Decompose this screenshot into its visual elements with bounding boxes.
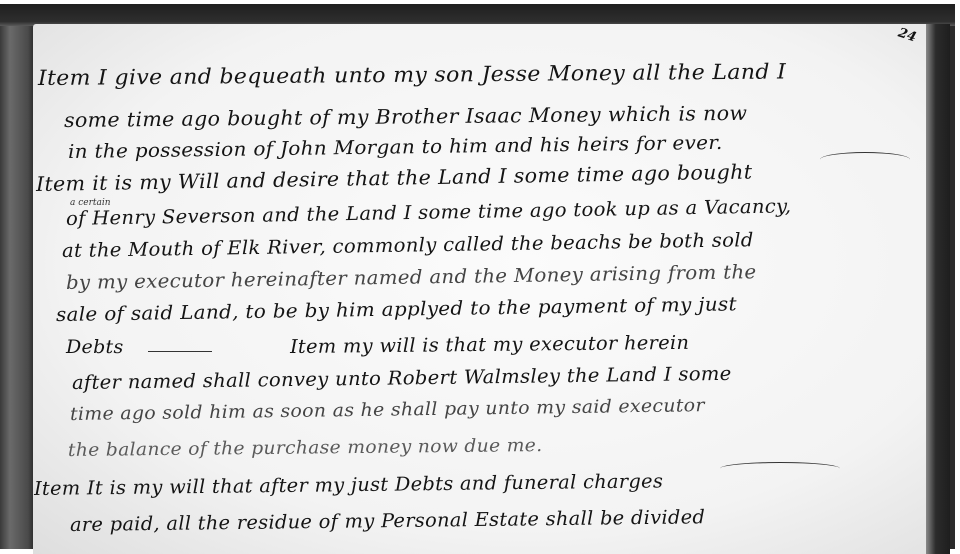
- line-end-flourish: [820, 152, 910, 167]
- manuscript-line-9-item: Item my will is that my executor herein: [290, 332, 689, 358]
- scan-top-border: [0, 4, 955, 26]
- scanned-document: 24 Item I give and bequeath unto my son …: [0, 0, 960, 545]
- line-end-flourish-2: [720, 462, 840, 475]
- manuscript-line-9-debts: Debts: [66, 336, 124, 358]
- page-right-edge-shadow: [926, 24, 950, 545]
- dash-rule: [148, 351, 212, 352]
